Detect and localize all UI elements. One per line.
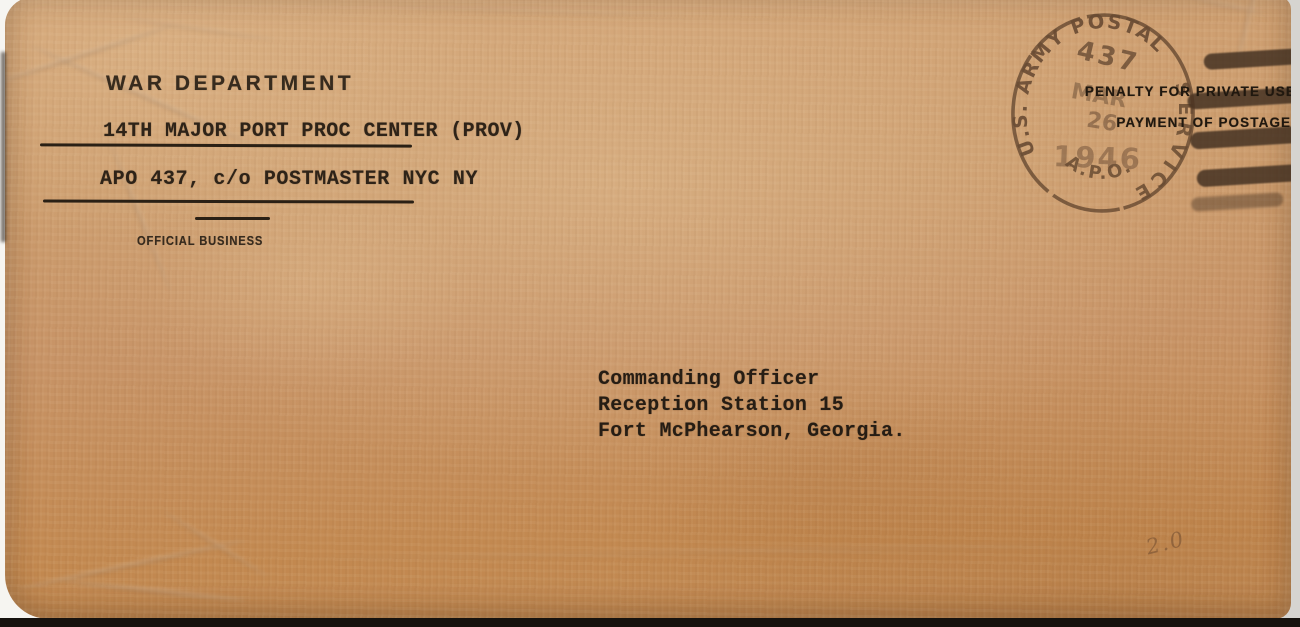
envelope-face: WAR DEPARTMENT 14TH MAJOR PORT PROC CENT… [5,0,1291,619]
letterhead-rule [43,200,414,204]
recipient-line-3: Fort McPhearson, Georgia. [598,419,906,445]
scan-edge-shadow [1,52,6,242]
apo-number: 437 [1074,36,1142,79]
penalty-line-1: PENALTY FOR PRIVATE USE [900,76,1291,107]
envelope: WAR DEPARTMENT 14TH MAJOR PORT PROC CENT… [5,0,1291,619]
scanner-strip [0,618,1300,627]
recipient-address: Commanding Officer Reception Station 15 … [598,367,906,445]
sender-unit-line: 14TH MAJOR PORT PROC CENTER (PROV) [103,120,525,143]
recipient-line-1: Commanding Officer [598,367,906,393]
letterhead-rule [40,143,412,147]
penalty-notice: PENALTY FOR PRIVATE USE PAYMENT OF POSTA… [900,76,1291,138]
letterhead-rule-short [195,217,270,220]
recipient-line-2: Reception Station 15 [598,393,906,419]
sender-apo-line: APO 437, c/o POSTMASTER NYC NY [100,168,478,191]
war-department-heading: WAR DEPARTMENT [106,72,354,96]
date-year: 1946 [1053,139,1143,176]
official-business-label: OFFICIAL BUSINESS [137,233,263,248]
scanned-envelope-photo: WAR DEPARTMENT 14TH MAJOR PORT PROC CENT… [0,0,1300,627]
penalty-line-2: PAYMENT OF POSTAGE, [900,107,1291,138]
pencil-note: 2.0 [1144,527,1188,560]
